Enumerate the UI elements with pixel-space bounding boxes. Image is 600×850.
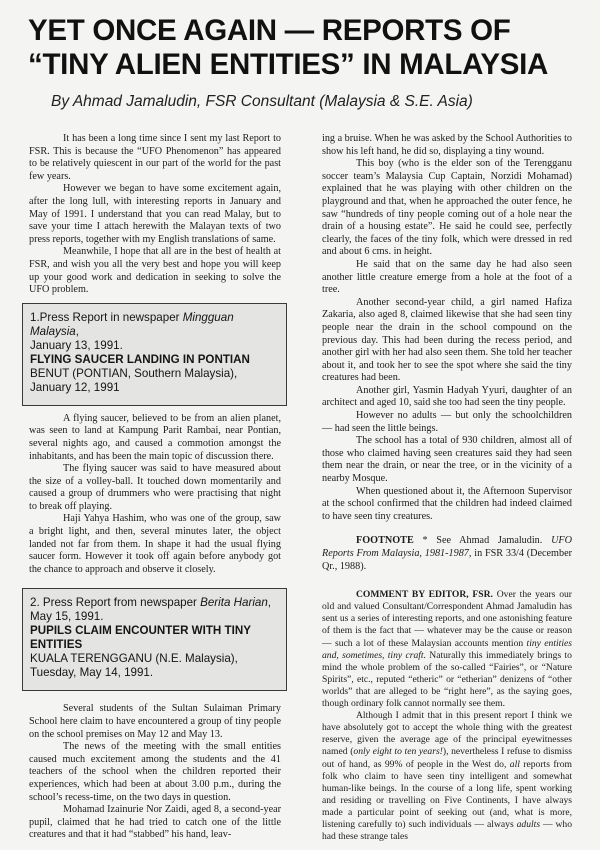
report-2-paragraph: Another girl, Yasmin Hadyah Yyuri, daugh… <box>322 385 572 410</box>
footnote: FOOTNOTE * See Ahmad Jamaludin. UFO Repo… <box>322 535 572 573</box>
report-1-paragraph: The flying saucer was said to have measu… <box>29 463 281 513</box>
report-2-paragraph: Another second-year child, a girl named … <box>322 297 572 385</box>
press-report-1-box: 1.Press Report in newspaper Mingguan Mal… <box>22 303 287 406</box>
intro-paragraph: Meanwhile, I hope that all are in the be… <box>29 246 281 296</box>
editor-comment-paragraph: Although I admit that in this present re… <box>322 710 572 843</box>
report-2-paragraph: This boy (who is the elder son of the Te… <box>322 158 572 259</box>
press-report-2-box: 2. Press Report from newspaper Berita Ha… <box>22 588 287 691</box>
right-column: ing a bruise. When he was asked by the S… <box>322 133 572 843</box>
report-1-source: 1.Press Report in newspaper Mingguan Mal… <box>30 311 234 338</box>
report-2-paragraph: However no adults — but only the schoolc… <box>322 410 572 435</box>
report-1-paragraph: A flying saucer, believed to be from an … <box>29 413 281 463</box>
editor-comment-paragraph: COMMENT BY EDITOR, FSR. Over the years o… <box>322 589 572 710</box>
report-1-paragraph: Haji Yahya Hashim, who was one of the gr… <box>29 513 281 576</box>
article-byline: By Ahmad Jamaludin, FSR Consultant (Mala… <box>51 93 473 111</box>
report-2-paragraph: Mohamad Izainurie Nor Zaidi, aged 8, a s… <box>29 804 281 842</box>
report-2-source: 2. Press Report from newspaper Berita Ha… <box>30 596 271 609</box>
report-2-paragraph: Several students of the Sultan Sulaiman … <box>29 703 281 741</box>
report-2-paragraph: The news of the meeting with the small e… <box>29 741 281 804</box>
left-column: It has been a long time since I sent my … <box>29 133 281 842</box>
editor-comment-label: COMMENT BY EDITOR, FSR. <box>356 589 493 600</box>
article-title: YET ONCE AGAIN — REPORTS OF “TINY ALIEN … <box>28 14 588 82</box>
report-2-dateline: KUALA TERENGGANU (N.E. Malaysia), Tuesda… <box>30 652 238 679</box>
report-2-headline: PUPILS CLAIM ENCOUNTER WITH TINY ENTITIE… <box>30 624 278 652</box>
intro-paragraph: However we began to have some excitement… <box>29 183 281 246</box>
report-2-continuation: ing a bruise. When he was asked by the S… <box>322 133 572 158</box>
report-1-dateline: BENUT (PONTIAN, Southern Malaysia), Janu… <box>30 367 237 394</box>
report-1-headline: FLYING SAUCER LANDING IN PONTIAN <box>30 353 278 367</box>
report-2-paragraph: He said that on the same day he had also… <box>322 259 572 297</box>
report-2-paragraph: When questioned about it, the Afternoon … <box>322 486 572 524</box>
report-2-date: May 15, 1991. <box>30 610 103 623</box>
footnote-label: FOOTNOTE <box>356 535 414 546</box>
report-2-paragraph: The school has a total of 930 children, … <box>322 435 572 485</box>
report-1-date: January 13, 1991. <box>30 339 123 352</box>
report-2-newspaper: Berita Harian <box>200 596 268 609</box>
intro-paragraph: It has been a long time since I sent my … <box>29 133 281 183</box>
